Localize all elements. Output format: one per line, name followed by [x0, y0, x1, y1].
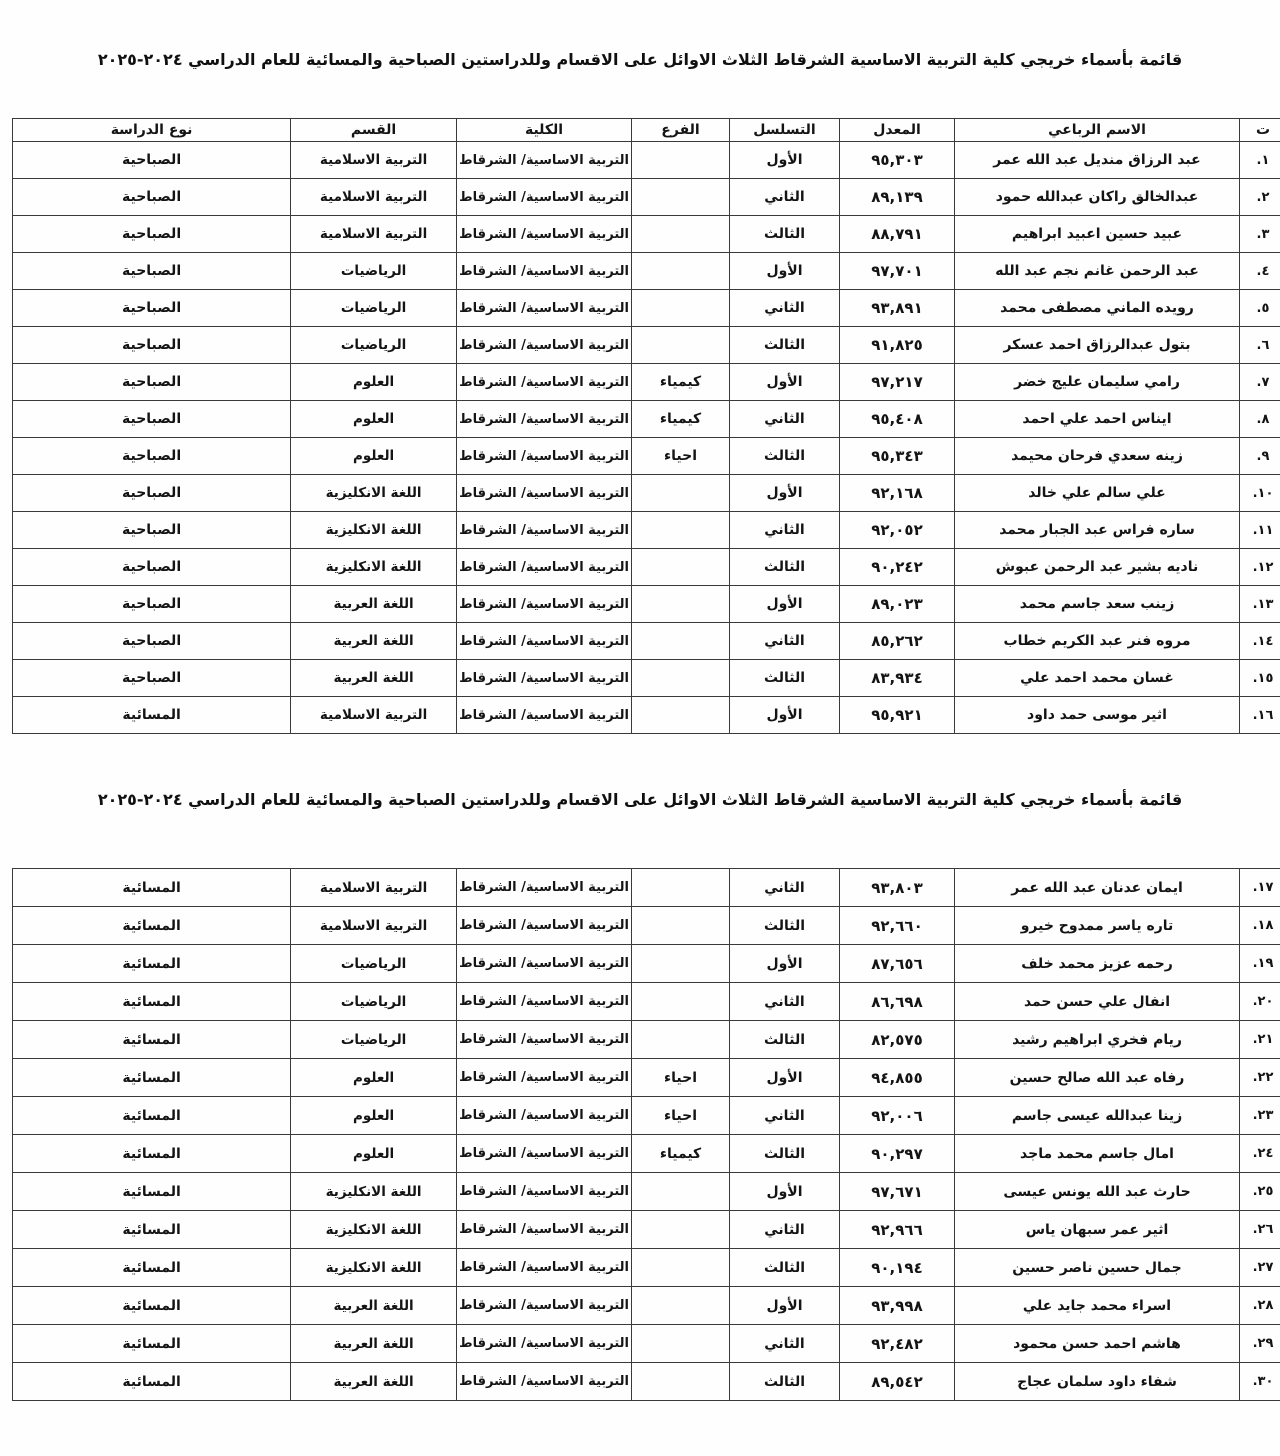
study-type: الصباحية [13, 623, 291, 660]
table-row: ٨.ايناس احمد علي احمد٩٥,٤٠٨الثانيكيمياءا… [13, 401, 1280, 438]
branch [632, 697, 730, 734]
branch: كيمياء [632, 401, 730, 438]
study-type: الصباحية [13, 475, 291, 512]
branch [632, 983, 730, 1021]
college: التربية الاساسية/ الشرقاط [457, 660, 632, 697]
college: التربية الاساسية/ الشرقاط [457, 1249, 632, 1287]
study-type: الصباحية [13, 327, 291, 364]
table-row: ٦.بتول عبدالرزاق احمد عسكر٩١,٨٢٥الثالثال… [13, 327, 1280, 364]
average: ٨٩,٠٢٣ [840, 586, 955, 623]
branch [632, 586, 730, 623]
row-number: ٣٠. [1240, 1363, 1280, 1401]
student-name: عبدالخالق راكان عبدالله حمود [955, 179, 1240, 216]
study-type: المسائية [13, 1059, 291, 1097]
rank: الثالث [730, 1249, 840, 1287]
student-name: عبد الرزاق منديل عبد الله عمر [955, 142, 1240, 179]
college: التربية الاساسية/ الشرقاط [457, 907, 632, 945]
study-type: الصباحية [13, 660, 291, 697]
student-name: انفال علي حسن حمد [955, 983, 1240, 1021]
graduates-table-1: ت الاسم الرباعي المعدل التسلسل الفرع الك… [12, 118, 1280, 734]
table-row: ٢.عبدالخالق راكان عبدالله حمود٨٩,١٣٩الثا… [13, 179, 1280, 216]
college: التربية الاساسية/ الشرقاط [457, 1287, 632, 1325]
branch: كيمياء [632, 1135, 730, 1173]
average: ٩١,٨٢٥ [840, 327, 955, 364]
average: ٨٥,٢٦٢ [840, 623, 955, 660]
branch [632, 253, 730, 290]
study-type: المسائية [13, 1249, 291, 1287]
study-type: الصباحية [13, 290, 291, 327]
rank: الثاني [730, 983, 840, 1021]
branch [632, 945, 730, 983]
branch [632, 1325, 730, 1363]
student-name: رويده الماني مصطفى محمد [955, 290, 1240, 327]
college: التربية الاساسية/ الشرقاط [457, 1097, 632, 1135]
average: ٩٥,٩٢١ [840, 697, 955, 734]
department: التربية الاسلامية [291, 697, 457, 734]
table-row: ١٦.اثير موسى حمد داود٩٥,٩٢١الأولالتربية … [13, 697, 1280, 734]
table-row: ٣.عبيد حسين اعبيد ابراهيم٨٨,٧٩١الثالثالت… [13, 216, 1280, 253]
row-number: ٢٨. [1240, 1287, 1280, 1325]
department: اللغة العربية [291, 623, 457, 660]
row-number: ٦. [1240, 327, 1280, 364]
rank: الثالث [730, 1135, 840, 1173]
table-row: ١٥.غسان محمد احمد علي٨٣,٩٣٤الثالثالتربية… [13, 660, 1280, 697]
student-name: رحمه عزيز محمد خلف [955, 945, 1240, 983]
table-body-1: ١.عبد الرزاق منديل عبد الله عمر٩٥,٣٠٣الأ… [13, 142, 1280, 734]
average: ٩٢,٠٥٢ [840, 512, 955, 549]
student-name: رامي سليمان عليج خضر [955, 364, 1240, 401]
branch [632, 1363, 730, 1401]
rank: الثالث [730, 549, 840, 586]
average: ٩٥,٣٤٣ [840, 438, 955, 475]
rank: الثاني [730, 179, 840, 216]
row-number: ٢٤. [1240, 1135, 1280, 1173]
table-row: ٢٩.هاشم احمد حسن محمود٩٢,٤٨٢الثانيالتربي… [13, 1325, 1280, 1363]
branch [632, 1287, 730, 1325]
department: اللغة العربية [291, 1325, 457, 1363]
study-type: الصباحية [13, 549, 291, 586]
student-name: ايناس احمد علي احمد [955, 401, 1240, 438]
row-number: ٤. [1240, 253, 1280, 290]
department: العلوم [291, 1135, 457, 1173]
rank: الثاني [730, 401, 840, 438]
scanned-document-page: قائمة بأسماء خريجي كلية التربية الاساسية… [0, 0, 1280, 1456]
branch [632, 1021, 730, 1059]
table-row: ٩.زينه سعدي فرحان محيمد٩٥,٣٤٣الثالثاحياء… [13, 438, 1280, 475]
average: ٨٦,٦٩٨ [840, 983, 955, 1021]
average: ٩٥,٤٠٨ [840, 401, 955, 438]
average: ٩٠,١٩٤ [840, 1249, 955, 1287]
rank: الثالث [730, 660, 840, 697]
row-number: ١٠. [1240, 475, 1280, 512]
branch [632, 216, 730, 253]
row-number: ٢. [1240, 179, 1280, 216]
rank: الثاني [730, 290, 840, 327]
table-body-2: ١٧.ايمان عدنان عبد الله عمر٩٣,٨٠٣الثانيا… [13, 869, 1280, 1401]
row-number: ٢٣. [1240, 1097, 1280, 1135]
study-type: المسائية [13, 697, 291, 734]
college: التربية الاساسية/ الشرقاط [457, 364, 632, 401]
student-name: امال جاسم محمد ماجد [955, 1135, 1240, 1173]
average: ٩٣,٨٩١ [840, 290, 955, 327]
department: العلوم [291, 1059, 457, 1097]
student-name: عبد الرحمن غانم نجم عبد الله [955, 253, 1240, 290]
branch: احياء [632, 1097, 730, 1135]
rank: الثاني [730, 1097, 840, 1135]
branch [632, 549, 730, 586]
student-name: ريام فخري ابراهيم رشيد [955, 1021, 1240, 1059]
student-name: بتول عبدالرزاق احمد عسكر [955, 327, 1240, 364]
college: التربية الاساسية/ الشرقاط [457, 1021, 632, 1059]
student-name: عبيد حسين اعبيد ابراهيم [955, 216, 1240, 253]
department: اللغة العربية [291, 586, 457, 623]
rank: الأول [730, 1173, 840, 1211]
header-department: القسم [291, 119, 457, 142]
study-type: الصباحية [13, 179, 291, 216]
department: العلوم [291, 364, 457, 401]
college: التربية الاساسية/ الشرقاط [457, 983, 632, 1021]
department: اللغة الانكليزية [291, 512, 457, 549]
department: الرياضيات [291, 290, 457, 327]
branch: كيمياء [632, 364, 730, 401]
college: التربية الاساسية/ الشرقاط [457, 1135, 632, 1173]
study-type: المسائية [13, 1325, 291, 1363]
student-name: رفاه عبد الله صالح حسين [955, 1059, 1240, 1097]
department: اللغة العربية [291, 1287, 457, 1325]
rank: الثالث [730, 1363, 840, 1401]
document-title-morning-evening-list-2: قائمة بأسماء خريجي كلية التربية الاساسية… [0, 790, 1280, 809]
department: اللغة الانكليزية [291, 1249, 457, 1287]
rank: الثاني [730, 869, 840, 907]
average: ٨٣,٩٣٤ [840, 660, 955, 697]
header-college: الكلية [457, 119, 632, 142]
row-number: ١. [1240, 142, 1280, 179]
department: الرياضيات [291, 983, 457, 1021]
student-name: اثير عمر سبهان ياس [955, 1211, 1240, 1249]
row-number: ٢٦. [1240, 1211, 1280, 1249]
table-row: ٢٣.زينا عبدالله عيسى جاسم٩٢,٠٠٦الثانياحي… [13, 1097, 1280, 1135]
college: التربية الاساسية/ الشرقاط [457, 179, 632, 216]
department: التربية الاسلامية [291, 216, 457, 253]
rank: الثاني [730, 623, 840, 660]
student-name: هاشم احمد حسن محمود [955, 1325, 1240, 1363]
rank: الأول [730, 253, 840, 290]
rank: الثاني [730, 1211, 840, 1249]
table-row: ١٧.ايمان عدنان عبد الله عمر٩٣,٨٠٣الثانيا… [13, 869, 1280, 907]
average: ٩٢,٦٦٠ [840, 907, 955, 945]
study-type: الصباحية [13, 512, 291, 549]
department: اللغة الانكليزية [291, 1211, 457, 1249]
average: ٨٩,١٣٩ [840, 179, 955, 216]
average: ٨٢,٥٧٥ [840, 1021, 955, 1059]
college: التربية الاساسية/ الشرقاط [457, 549, 632, 586]
average: ٩٢,٤٨٢ [840, 1325, 955, 1363]
student-name: تاره ياسر ممدوح خيرو [955, 907, 1240, 945]
department: العلوم [291, 1097, 457, 1135]
table-row: ٢٠.انفال علي حسن حمد٨٦,٦٩٨الثانيالتربية … [13, 983, 1280, 1021]
study-type: المسائية [13, 1135, 291, 1173]
department: اللغة الانكليزية [291, 549, 457, 586]
college: التربية الاساسية/ الشرقاط [457, 869, 632, 907]
average: ٩٣,٩٩٨ [840, 1287, 955, 1325]
rank: الأول [730, 364, 840, 401]
college: التربية الاساسية/ الشرقاط [457, 253, 632, 290]
row-number: ٢٠. [1240, 983, 1280, 1021]
row-number: ١٥. [1240, 660, 1280, 697]
row-number: ٢٥. [1240, 1173, 1280, 1211]
study-type: الصباحية [13, 438, 291, 475]
average: ٩٥,٣٠٣ [840, 142, 955, 179]
row-number: ٢٩. [1240, 1325, 1280, 1363]
branch [632, 290, 730, 327]
study-type: المسائية [13, 907, 291, 945]
table-row: ٤.عبد الرحمن غانم نجم عبد الله٩٧,٧٠١الأو… [13, 253, 1280, 290]
college: التربية الاساسية/ الشرقاط [457, 945, 632, 983]
branch [632, 142, 730, 179]
college: التربية الاساسية/ الشرقاط [457, 1363, 632, 1401]
row-number: ٢١. [1240, 1021, 1280, 1059]
student-name: ايمان عدنان عبد الله عمر [955, 869, 1240, 907]
row-number: ١٧. [1240, 869, 1280, 907]
branch [632, 623, 730, 660]
branch [632, 475, 730, 512]
table-row: ١٣.زينب سعد جاسم محمد٨٩,٠٢٣الأولالتربية … [13, 586, 1280, 623]
row-number: ١٤. [1240, 623, 1280, 660]
college: التربية الاساسية/ الشرقاط [457, 512, 632, 549]
study-type: الصباحية [13, 253, 291, 290]
study-type: المسائية [13, 1097, 291, 1135]
average: ٩٢,٠٠٦ [840, 1097, 955, 1135]
header-student-name: الاسم الرباعي [955, 119, 1240, 142]
row-number: ٥. [1240, 290, 1280, 327]
college: التربية الاساسية/ الشرقاط [457, 438, 632, 475]
branch [632, 1173, 730, 1211]
department: الرياضيات [291, 945, 457, 983]
department: العلوم [291, 438, 457, 475]
row-number: ٣. [1240, 216, 1280, 253]
header-study-type: نوع الدراسة [13, 119, 291, 142]
student-name: علي سالم علي خالد [955, 475, 1240, 512]
department: اللغة الانكليزية [291, 1173, 457, 1211]
rank: الأول [730, 586, 840, 623]
branch [632, 512, 730, 549]
rank: الثالث [730, 327, 840, 364]
study-type: الصباحية [13, 401, 291, 438]
student-name: زينه سعدي فرحان محيمد [955, 438, 1240, 475]
document-title-morning-evening-list-1: قائمة بأسماء خريجي كلية التربية الاساسية… [0, 50, 1280, 69]
branch [632, 327, 730, 364]
average: ٩٠,٢٤٢ [840, 549, 955, 586]
study-type: الصباحية [13, 216, 291, 253]
table-row: ٢٢.رفاه عبد الله صالح حسين٩٤,٨٥٥الأولاحي… [13, 1059, 1280, 1097]
table-row: ٢١.ريام فخري ابراهيم رشيد٨٢,٥٧٥الثالثالت… [13, 1021, 1280, 1059]
average: ٩٧,٢١٧ [840, 364, 955, 401]
rank: الأول [730, 142, 840, 179]
branch [632, 1211, 730, 1249]
student-name: زينب سعد جاسم محمد [955, 586, 1240, 623]
row-number: ٧. [1240, 364, 1280, 401]
study-type: المسائية [13, 869, 291, 907]
table-row: ١١.ساره فراس عبد الجبار محمد٩٢,٠٥٢الثاني… [13, 512, 1280, 549]
average: ٩٢,١٦٨ [840, 475, 955, 512]
college: التربية الاساسية/ الشرقاط [457, 1325, 632, 1363]
table-row: ١٨.تاره ياسر ممدوح خيرو٩٢,٦٦٠الثالثالترب… [13, 907, 1280, 945]
table-row: ١٢.ناديه بشير عبد الرحمن عبوش٩٠,٢٤٢الثال… [13, 549, 1280, 586]
student-name: اثير موسى حمد داود [955, 697, 1240, 734]
branch [632, 907, 730, 945]
row-number: ٢٧. [1240, 1249, 1280, 1287]
table-row: ١٠.علي سالم علي خالد٩٢,١٦٨الأولالتربية ا… [13, 475, 1280, 512]
rank: الثالث [730, 1021, 840, 1059]
department: التربية الاسلامية [291, 179, 457, 216]
table-header: ت الاسم الرباعي المعدل التسلسل الفرع الك… [13, 119, 1280, 142]
college: التربية الاساسية/ الشرقاط [457, 1211, 632, 1249]
row-number: ١٢. [1240, 549, 1280, 586]
row-number: ١١. [1240, 512, 1280, 549]
row-number: ٢٢. [1240, 1059, 1280, 1097]
header-branch: الفرع [632, 119, 730, 142]
college: التربية الاساسية/ الشرقاط [457, 697, 632, 734]
row-number: ١٨. [1240, 907, 1280, 945]
student-name: غسان محمد احمد علي [955, 660, 1240, 697]
college: التربية الاساسية/ الشرقاط [457, 216, 632, 253]
row-number: ١٩. [1240, 945, 1280, 983]
rank: الثاني [730, 512, 840, 549]
study-type: المسائية [13, 1211, 291, 1249]
rank: الثاني [730, 1325, 840, 1363]
study-type: المسائية [13, 1287, 291, 1325]
department: العلوم [291, 401, 457, 438]
college: التربية الاساسية/ الشرقاط [457, 142, 632, 179]
student-name: جمال حسين ناصر حسين [955, 1249, 1240, 1287]
average: ٩٣,٨٠٣ [840, 869, 955, 907]
study-type: المسائية [13, 945, 291, 983]
average: ٨٧,٦٥٦ [840, 945, 955, 983]
rank: الثالث [730, 438, 840, 475]
table-row: ٧.رامي سليمان عليج خضر٩٧,٢١٧الأولكيمياءا… [13, 364, 1280, 401]
table-row: ٢٨.اسراء محمد جايد علي٩٣,٩٩٨الأولالتربية… [13, 1287, 1280, 1325]
header-rank: التسلسل [730, 119, 840, 142]
college: التربية الاساسية/ الشرقاط [457, 327, 632, 364]
branch: احياء [632, 1059, 730, 1097]
average: ٩٢,٩٦٦ [840, 1211, 955, 1249]
branch: احياء [632, 438, 730, 475]
table-row: ٢٤.امال جاسم محمد ماجد٩٠,٢٩٧الثالثكيمياء… [13, 1135, 1280, 1173]
table-row: ٣٠.شفاء داود سلمان عجاج٨٩,٥٤٢الثالثالترب… [13, 1363, 1280, 1401]
study-type: الصباحية [13, 586, 291, 623]
graduates-table-2: ١٧.ايمان عدنان عبد الله عمر٩٣,٨٠٣الثانيا… [12, 868, 1280, 1401]
header-average: المعدل [840, 119, 955, 142]
student-name: ساره فراس عبد الجبار محمد [955, 512, 1240, 549]
student-name: زينا عبدالله عيسى جاسم [955, 1097, 1240, 1135]
row-number: ١٦. [1240, 697, 1280, 734]
rank: الأول [730, 1287, 840, 1325]
branch [632, 179, 730, 216]
student-name: اسراء محمد جايد علي [955, 1287, 1240, 1325]
department: التربية الاسلامية [291, 907, 457, 945]
table-row: ٢٦.اثير عمر سبهان ياس٩٢,٩٦٦الثانيالتربية… [13, 1211, 1280, 1249]
college: التربية الاساسية/ الشرقاط [457, 1173, 632, 1211]
study-type: الصباحية [13, 142, 291, 179]
table-row: ١٤.مروه فنر عبد الكريم خطاب٨٥,٢٦٢الثانيا… [13, 623, 1280, 660]
college: التربية الاساسية/ الشرقاط [457, 1059, 632, 1097]
average: ٨٩,٥٤٢ [840, 1363, 955, 1401]
college: التربية الاساسية/ الشرقاط [457, 401, 632, 438]
rank: الثالث [730, 216, 840, 253]
average: ٨٨,٧٩١ [840, 216, 955, 253]
student-name: مروه فنر عبد الكريم خطاب [955, 623, 1240, 660]
study-type: المسائية [13, 983, 291, 1021]
table-row: ١.عبد الرزاق منديل عبد الله عمر٩٥,٣٠٣الأ… [13, 142, 1280, 179]
average: ٩٤,٨٥٥ [840, 1059, 955, 1097]
department: الرياضيات [291, 1021, 457, 1059]
rank: الأول [730, 1059, 840, 1097]
rank: الأول [730, 945, 840, 983]
study-type: المسائية [13, 1173, 291, 1211]
header-row: ت الاسم الرباعي المعدل التسلسل الفرع الك… [13, 119, 1280, 142]
student-name: شفاء داود سلمان عجاج [955, 1363, 1240, 1401]
header-row-number: ت [1240, 119, 1280, 142]
row-number: ٩. [1240, 438, 1280, 475]
department: الرياضيات [291, 253, 457, 290]
rank: الثالث [730, 907, 840, 945]
average: ٩٧,٦٧١ [840, 1173, 955, 1211]
department: التربية الاسلامية [291, 142, 457, 179]
study-type: الصباحية [13, 364, 291, 401]
department: الرياضيات [291, 327, 457, 364]
branch [632, 660, 730, 697]
table-row: ٥.رويده الماني مصطفى محمد٩٣,٨٩١الثانيالت… [13, 290, 1280, 327]
average: ٩٠,٢٩٧ [840, 1135, 955, 1173]
student-name: ناديه بشير عبد الرحمن عبوش [955, 549, 1240, 586]
department: اللغة العربية [291, 660, 457, 697]
row-number: ١٣. [1240, 586, 1280, 623]
table-row: ٢٧.جمال حسين ناصر حسين٩٠,١٩٤الثالثالتربي… [13, 1249, 1280, 1287]
student-name: حارث عبد الله يونس عيسى [955, 1173, 1240, 1211]
branch [632, 869, 730, 907]
rank: الأول [730, 697, 840, 734]
department: اللغة العربية [291, 1363, 457, 1401]
row-number: ٨. [1240, 401, 1280, 438]
average: ٩٧,٧٠١ [840, 253, 955, 290]
table-row: ١٩.رحمه عزيز محمد خلف٨٧,٦٥٦الأولالتربية … [13, 945, 1280, 983]
branch [632, 1249, 730, 1287]
study-type: المسائية [13, 1363, 291, 1401]
college: التربية الاساسية/ الشرقاط [457, 475, 632, 512]
department: التربية الاسلامية [291, 869, 457, 907]
rank: الأول [730, 475, 840, 512]
table-row: ٢٥.حارث عبد الله يونس عيسى٩٧,٦٧١الأولالت… [13, 1173, 1280, 1211]
department: اللغة الانكليزية [291, 475, 457, 512]
college: التربية الاساسية/ الشرقاط [457, 290, 632, 327]
college: التربية الاساسية/ الشرقاط [457, 586, 632, 623]
college: التربية الاساسية/ الشرقاط [457, 623, 632, 660]
study-type: المسائية [13, 1021, 291, 1059]
